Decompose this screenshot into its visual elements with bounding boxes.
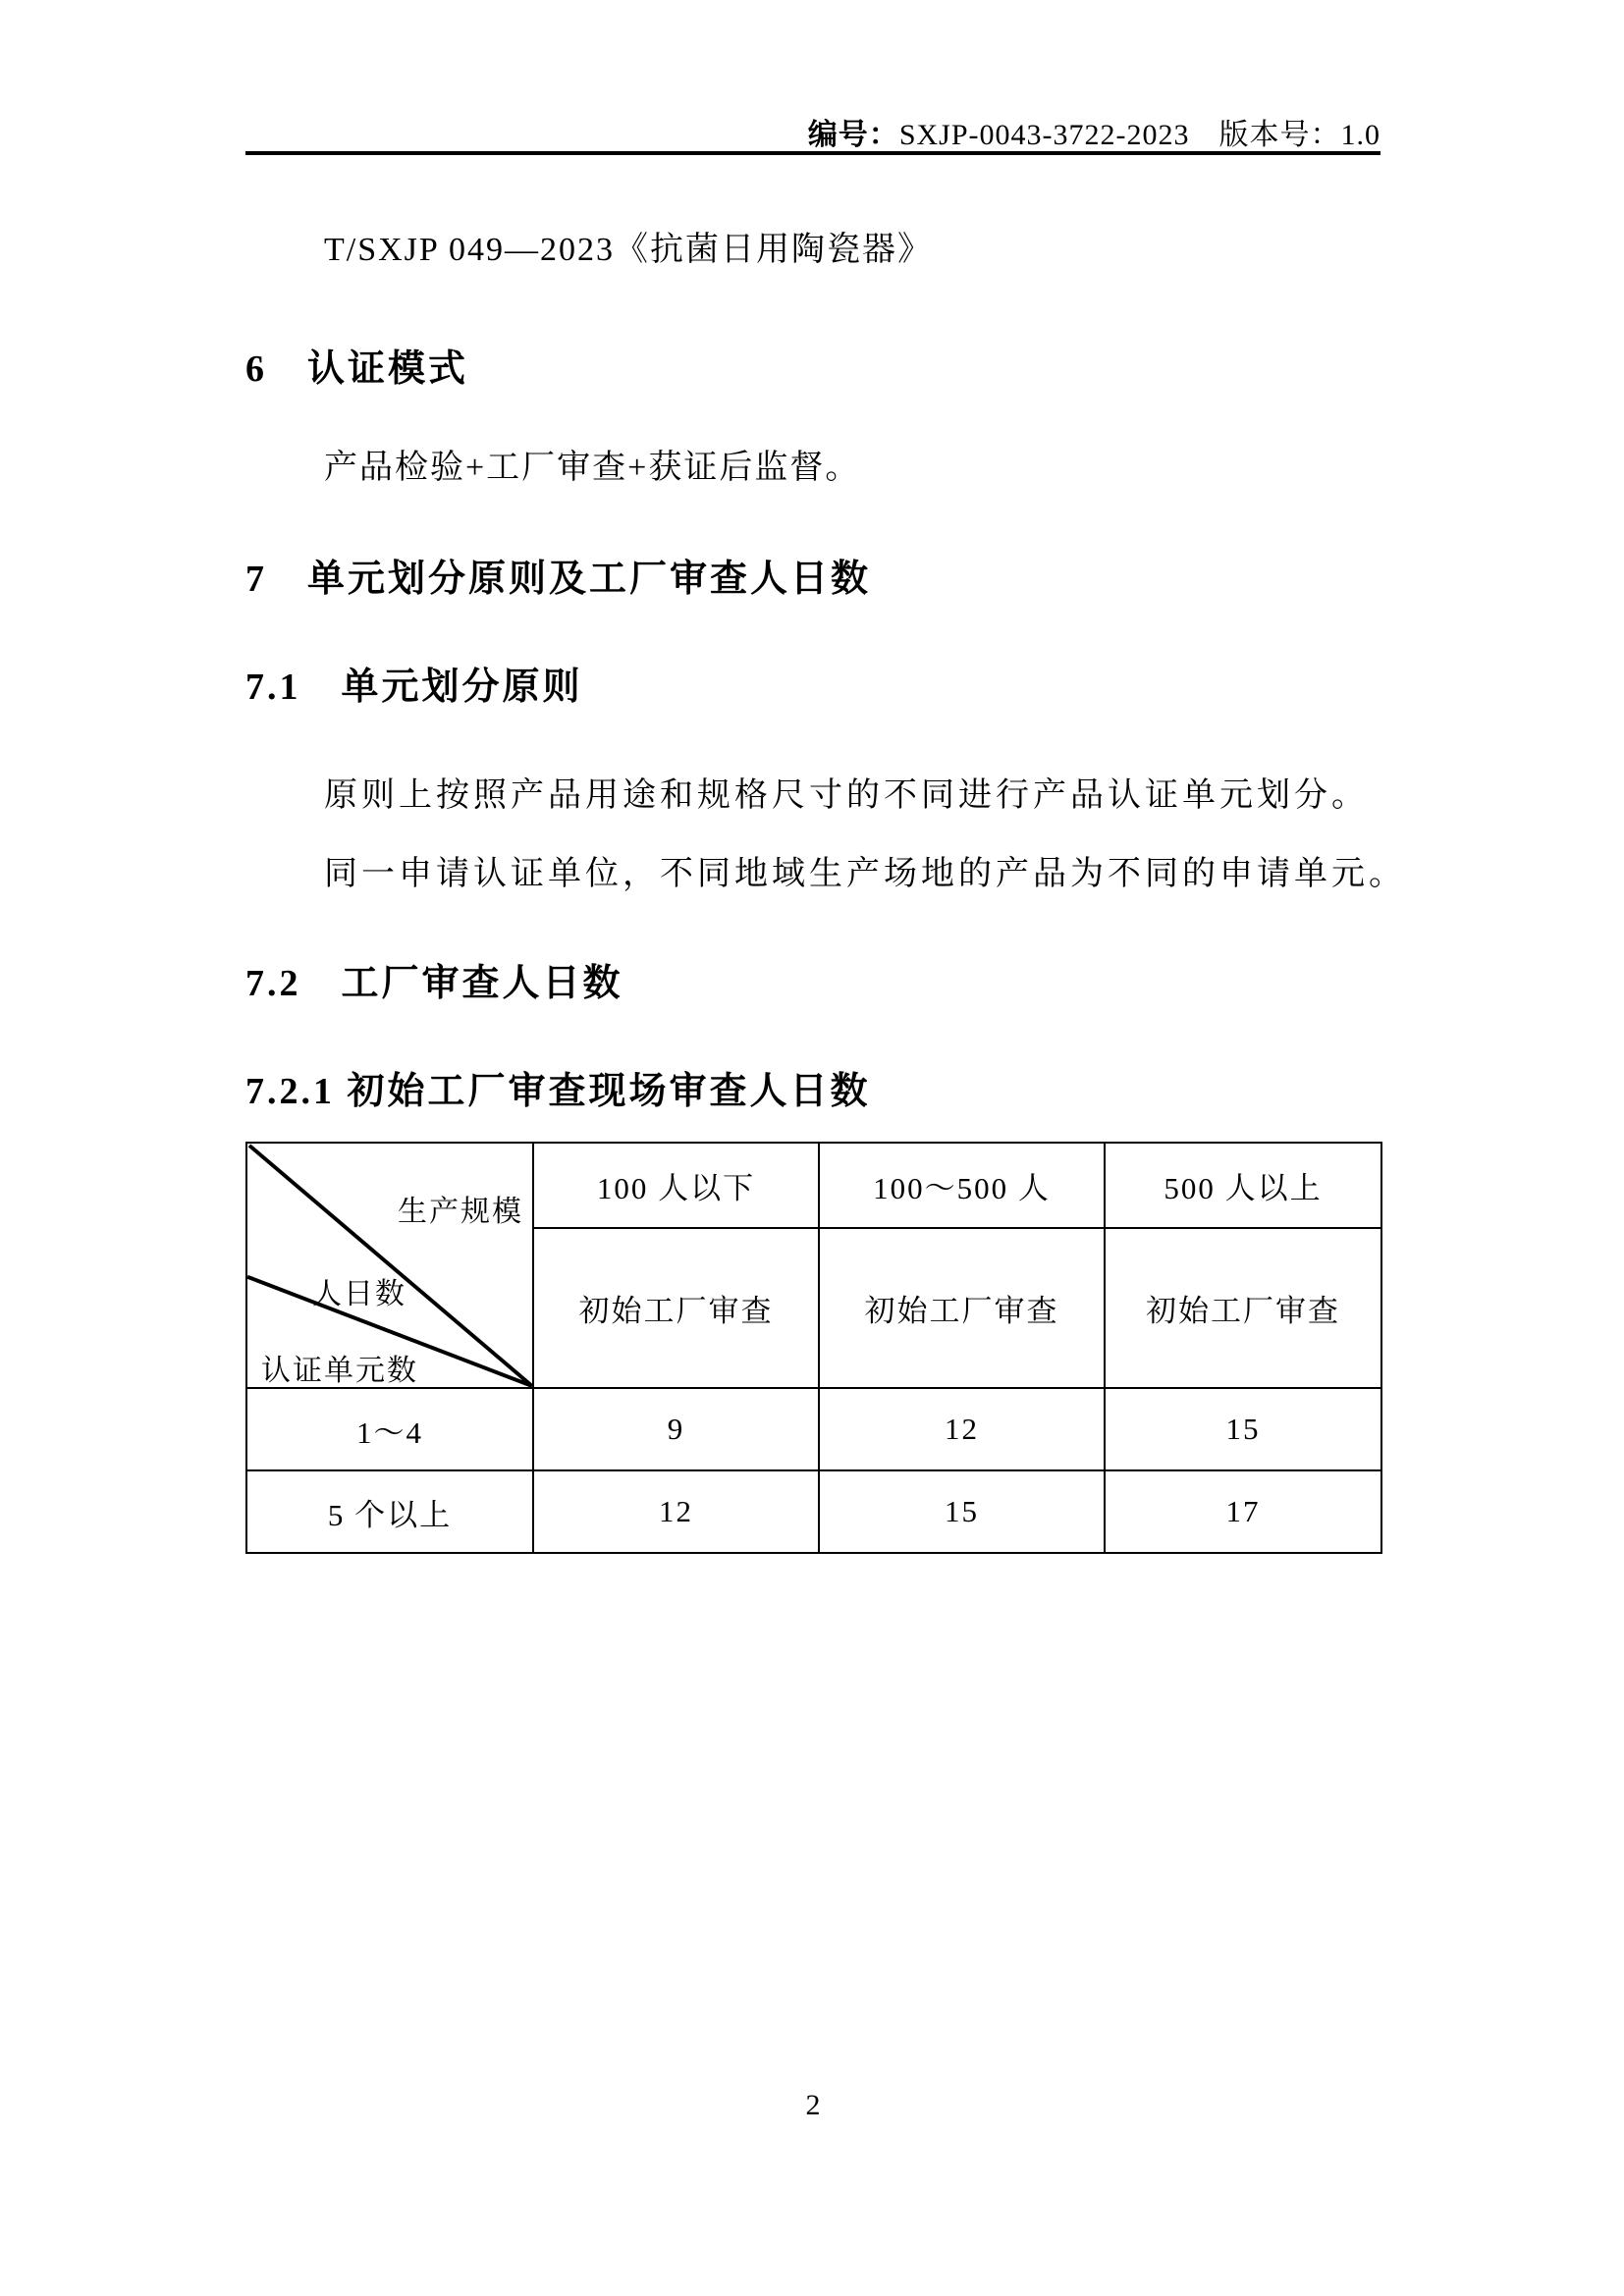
section-6-paragraph: 产品检验+工厂审查+获证后监督。 (324, 440, 860, 488)
audit-type-cell: 初始工厂审查 (533, 1228, 819, 1388)
man-day-value-cell: 17 (1105, 1470, 1381, 1553)
doc-version-value: 1.0 (1341, 119, 1381, 151)
standard-reference: T/SXJP 049—2023《抗菌日用陶瓷器》 (324, 222, 933, 270)
man-day-value-cell: 15 (1105, 1388, 1381, 1470)
doc-version-label: 版本号： (1219, 119, 1341, 151)
audit-type-cell: 初始工厂审查 (1105, 1228, 1381, 1388)
corner-label-production-scale: 生产规模 (398, 1187, 523, 1230)
man-day-value-cell: 15 (819, 1470, 1105, 1553)
document-page: 编号：SXJP-0043-3722-2023版本号：1.0 T/SXJP 049… (0, 0, 1624, 2296)
man-day-value-cell: 12 (533, 1470, 819, 1553)
section-7-1-paragraph-line-2: 同一申请认证单位，不同地域生产场地的产品为不同的申请单元。 (324, 846, 1406, 894)
man-day-value-cell: 12 (819, 1388, 1105, 1470)
section-7-2-heading: 7.2 工厂审查人日数 (245, 952, 623, 1006)
man-day-value-cell: 9 (533, 1388, 819, 1470)
section-7-1-paragraph-line-1: 原则上按照产品用途和规格尺寸的不同进行产品认证单元划分。 (324, 768, 1369, 816)
document-header: 编号：SXJP-0043-3722-2023版本号：1.0 (245, 110, 1380, 153)
section-6-heading: 6 认证模式 (245, 338, 468, 392)
table-row-production-scale: 生产规模 人日数 认证单元数 100 人以下 100～500 人 500 人以上 (246, 1143, 1381, 1228)
section-7-1-heading: 7.1 单元划分原则 (245, 656, 583, 710)
doc-code-label: 编号： (808, 119, 899, 151)
page-number: 2 (245, 2089, 1380, 2122)
audit-man-day-table: 生产规模 人日数 认证单元数 100 人以下 100～500 人 500 人以上… (245, 1142, 1382, 1554)
corner-label-certification-units: 认证单元数 (261, 1346, 418, 1389)
unit-count-cell: 1～4 (246, 1388, 533, 1470)
unit-count-cell: 5 个以上 (246, 1470, 533, 1553)
scale-header-cell: 500 人以上 (1105, 1143, 1381, 1228)
corner-label-man-days: 人日数 (312, 1269, 406, 1312)
section-7-2-1-heading: 7.2.1 初始工厂审查现场审查人日数 (245, 1060, 871, 1114)
header-rule (245, 151, 1380, 155)
table-row-units-5-plus: 5 个以上 12 15 17 (246, 1470, 1381, 1553)
table-corner-cell: 生产规模 人日数 认证单元数 (246, 1143, 533, 1388)
audit-type-cell: 初始工厂审查 (819, 1228, 1105, 1388)
scale-header-cell: 100～500 人 (819, 1143, 1105, 1228)
table-row-units-1-4: 1～4 9 12 15 (246, 1388, 1381, 1470)
doc-code-value: SXJP-0043-3722-2023 (899, 119, 1190, 151)
scale-header-cell: 100 人以下 (533, 1143, 819, 1228)
section-7-heading: 7 单元划分原则及工厂审查人日数 (245, 548, 871, 602)
